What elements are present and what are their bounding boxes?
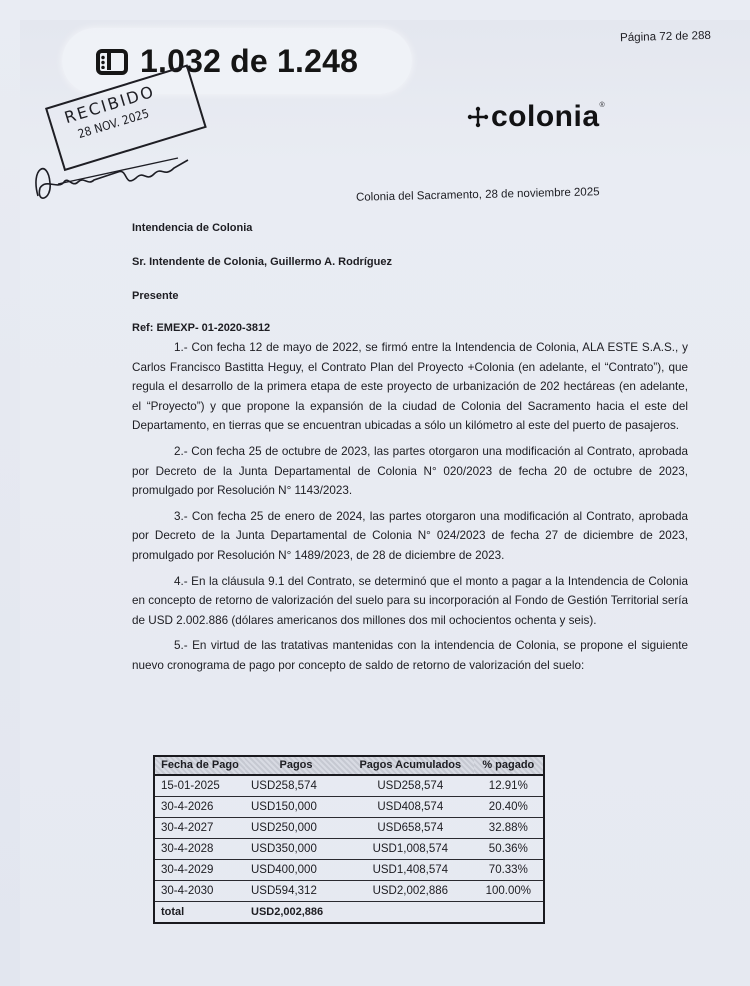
table-row: 30-4-2029USD400,000USD1,408,57470.33%	[154, 860, 544, 881]
header-percent: % pagado	[474, 756, 544, 775]
empty-cell	[347, 902, 474, 924]
page-label: Página 72 de 288	[620, 29, 711, 44]
table-cell: 30-4-2026	[154, 797, 245, 818]
recipient-person: Sr. Intendente de Colonia, Guillermo A. …	[132, 256, 392, 268]
table-cell: USD350,000	[245, 839, 347, 860]
table-cell: USD400,000	[245, 860, 347, 881]
total-label: total	[154, 902, 245, 924]
header-payments: Pagos	[245, 756, 347, 775]
table-cell: USD258,574	[347, 775, 474, 797]
handwritten-signature	[28, 138, 198, 208]
table-cell: 30-4-2028	[154, 839, 245, 860]
table-row: 30-4-2027USD250,000USD658,57432.88%	[154, 818, 544, 839]
total-value: USD2,002,886	[245, 902, 347, 924]
table-total-row: totalUSD2,002,886	[154, 902, 544, 924]
logo-text: colonia	[491, 100, 600, 134]
table-cell: 30-4-2029	[154, 860, 245, 881]
payment-schedule-table: Fecha de Pago Pagos Pagos Acumulados % p…	[153, 755, 545, 924]
table-row: 30-4-2028USD350,000USD1,008,57450.36%	[154, 839, 544, 860]
table-cell: 70.33%	[474, 860, 544, 881]
table-row: 15-01-2025USD258,574USD258,57412.91%	[154, 775, 544, 797]
page-counter-pill: 1.032 de 1.248	[62, 28, 412, 94]
empty-cell	[474, 902, 544, 924]
reference-number: Ref: EMEXP- 01-2020-3812	[132, 322, 270, 334]
table-cell: USD594,312	[245, 881, 347, 902]
header-date: Fecha de Pago	[154, 756, 245, 775]
table-cell: USD658,574	[347, 818, 474, 839]
colonia-logo: colonia ®	[466, 100, 605, 134]
table-cell: USD408,574	[347, 797, 474, 818]
table-cell: USD2,002,886	[347, 881, 474, 902]
table-cell: 30-4-2027	[154, 818, 245, 839]
paragraph-1: 1.- Con fecha 12 de mayo de 2022, se fir…	[132, 338, 688, 436]
letter-body: 1.- Con fecha 12 de mayo de 2022, se fir…	[132, 338, 688, 682]
table-cell: 30-4-2030	[154, 881, 245, 902]
paragraph-4: 4.- En la cláusula 9.1 del Contrato, se …	[132, 572, 688, 631]
table-cell: USD1,408,574	[347, 860, 474, 881]
header-accumulated: Pagos Acumulados	[347, 756, 474, 775]
paragraph-2: 2.- Con fecha 25 de octubre de 2023, las…	[132, 442, 688, 501]
table-cell: 20.40%	[474, 797, 544, 818]
table-cell: USD250,000	[245, 818, 347, 839]
table-cell: 50.36%	[474, 839, 544, 860]
table-cell: 15-01-2025	[154, 775, 245, 797]
greeting: Presente	[132, 290, 178, 302]
table-cell: USD150,000	[245, 797, 347, 818]
paragraph-5: 5.- En virtud de las tratativas mantenid…	[132, 636, 688, 675]
registered-mark: ®	[600, 102, 605, 109]
book-pages-icon	[96, 49, 128, 75]
table-row: 30-4-2026USD150,000USD408,57420.40%	[154, 797, 544, 818]
table-cell: 12.91%	[474, 775, 544, 797]
table-cell: USD258,574	[245, 775, 347, 797]
table-row: 30-4-2030USD594,312USD2,002,886100.00%	[154, 881, 544, 902]
table-cell: USD1,008,574	[347, 839, 474, 860]
paragraph-3: 3.- Con fecha 25 de enero de 2024, las p…	[132, 507, 688, 566]
table-cell: 100.00%	[474, 881, 544, 902]
table-cell: 32.88%	[474, 818, 544, 839]
table-header-row: Fecha de Pago Pagos Pagos Acumulados % p…	[154, 756, 544, 775]
recipient-institution: Intendencia de Colonia	[132, 222, 252, 234]
plus-dots-icon	[466, 105, 490, 129]
